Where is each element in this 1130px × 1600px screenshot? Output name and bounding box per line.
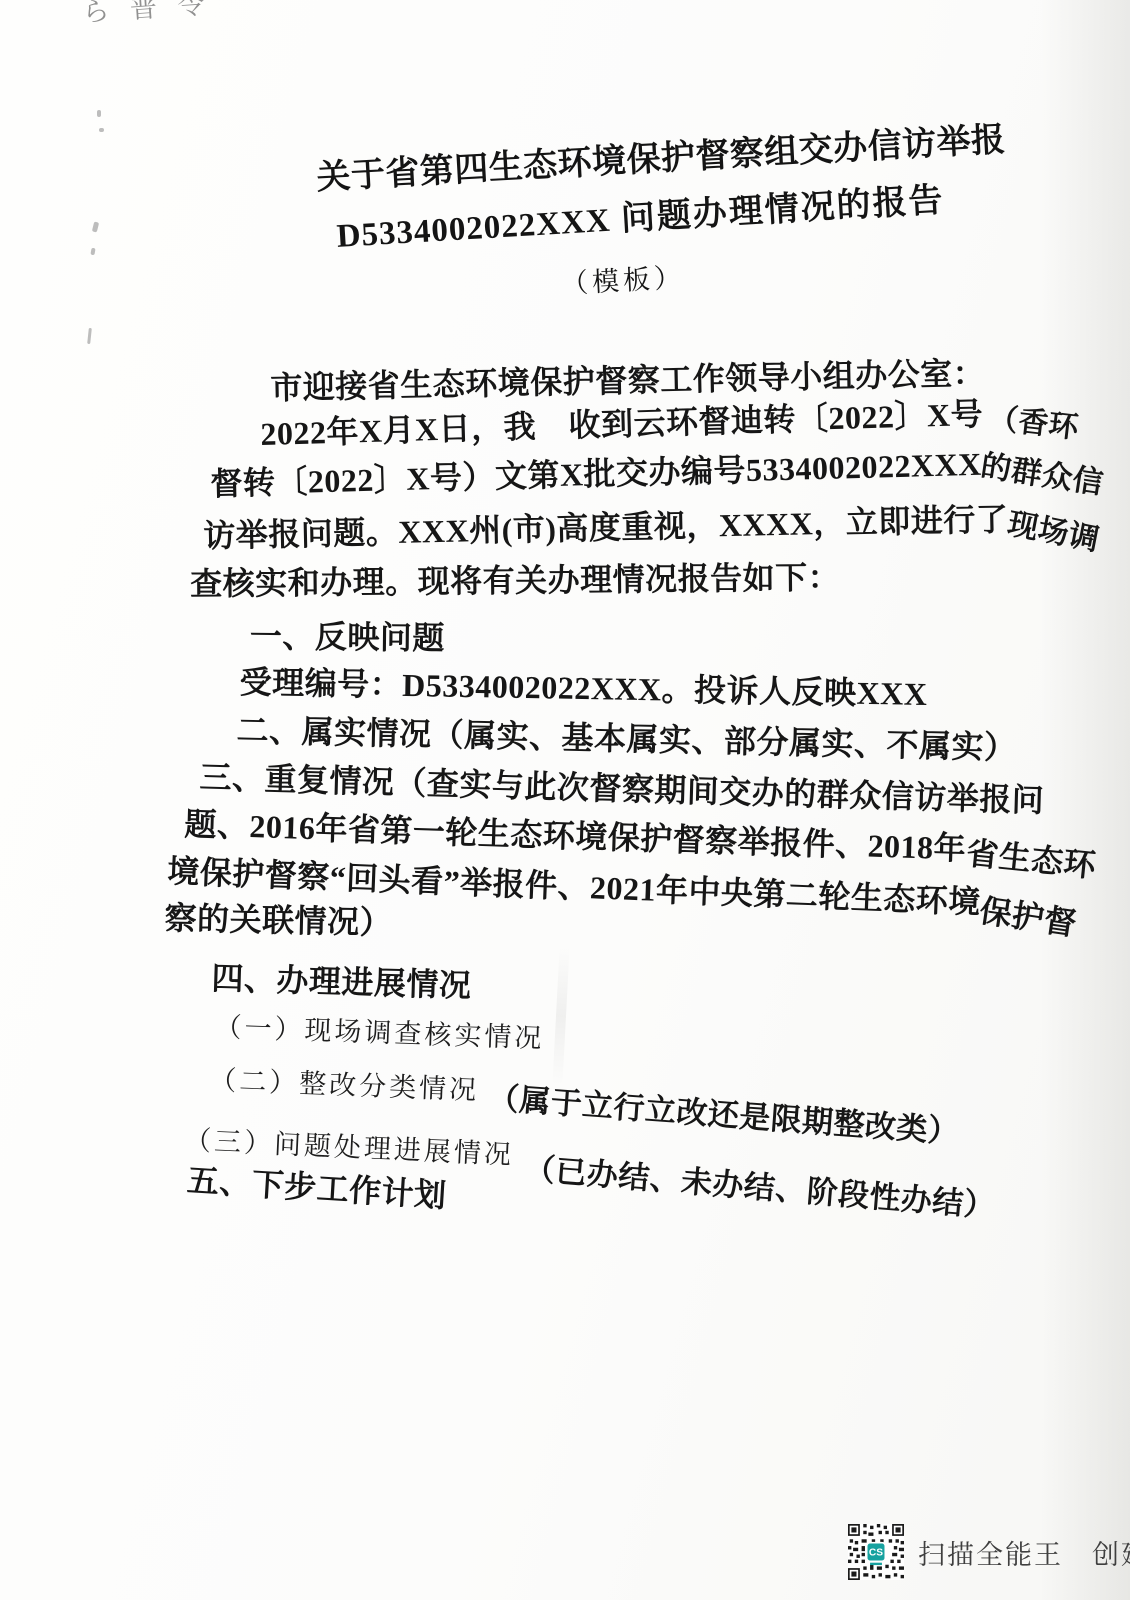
scan-speck [99, 128, 104, 132]
body-line-tail: 省生态环 [965, 837, 1098, 882]
scanned-document-page: ら 普 令 关于省第四生态环境保护督察组交办信访举报 D5334002022XX… [0, 0, 1130, 1600]
qr-code-icon: CS [848, 1524, 904, 1580]
case-number: D5334002022XXX [336, 203, 612, 255]
scan-speck [97, 110, 101, 117]
body-line: 督转〔2022〕X号）文第X批交办编号5334002022XXX的群众信 [210, 444, 1112, 500]
scan-crease [552, 946, 569, 1086]
camscanner-credit-text: 扫描全能王 创建 [918, 1533, 1130, 1572]
subsection-note: （属于立行立改还是限期整改类） [487, 1082, 961, 1148]
salutation-line: 市迎接省生态环境保护督察工作领导小组办公室： [270, 357, 986, 404]
title-line2-text: 问题办理情况的报告 [609, 182, 945, 239]
body-line: 查核实和办理。现将有关办理情况报告如下： [190, 561, 840, 600]
body-line-tail: 现场调 [1005, 508, 1102, 555]
section-heading-3: 三、重复情况（查实与此次督察期间交办的群众信访举报问 [199, 761, 1045, 817]
scan-speck [87, 328, 92, 344]
scan-shadow-right [1040, 0, 1130, 1600]
camscanner-watermark: CS 扫描全能王 创建 [848, 1524, 1130, 1580]
section-heading-2: 二、属实情况（属实、基本属实、部分属实、不属实） [236, 714, 1017, 764]
body-line: 察的关联情况） [164, 902, 392, 939]
body-line-text: 督转〔2022〕X号）文第X批交办编号5334002022XXX [210, 446, 982, 502]
subsection-note: （已办结、未办结、阶段性办结） [523, 1153, 996, 1222]
subsection-label: （二）整改分类情况 [209, 1065, 480, 1105]
subsection-item-2: （二）整改分类情况（属于立行立改还是限期整改类） [209, 1062, 952, 1122]
camscanner-badge-label: CS [869, 1548, 883, 1559]
scan-speck [90, 248, 95, 256]
section-heading-1: 一、反映问题 [250, 620, 445, 654]
body-line-text: 2022年X月X日，我 收到云环督迪转〔2022〕X号 [260, 396, 984, 452]
body-line-tail: 的群众信 [978, 450, 1105, 498]
body-line: 访举报问题。XXX州(市)高度重视，XXXX，立即进行了现场调 [203, 501, 1106, 552]
subsection-label: （三）问题处理进展情况 [184, 1125, 515, 1170]
body-line-tail: 保护督 [978, 894, 1079, 940]
subsection-item-1: （一）现场调查核实情况 [214, 1014, 545, 1053]
body-line-tail: （香环 [987, 403, 1080, 443]
scan-speck [92, 222, 99, 233]
section-heading-5: 五、下步工作计划 [186, 1164, 447, 1212]
section-heading-4: 四、办理进展情况 [211, 962, 472, 1002]
document-subtitle-template: （模板） [560, 256, 686, 301]
stray-ink-marks: ら 普 令 [81, 0, 213, 29]
body-line-text: 访举报问题。XXX州(市)高度重视，XXXX，立即进行了 [203, 501, 1009, 554]
case-acceptance-line: 受理编号：D5334002022XXX。投诉人反映XXX [239, 666, 927, 710]
